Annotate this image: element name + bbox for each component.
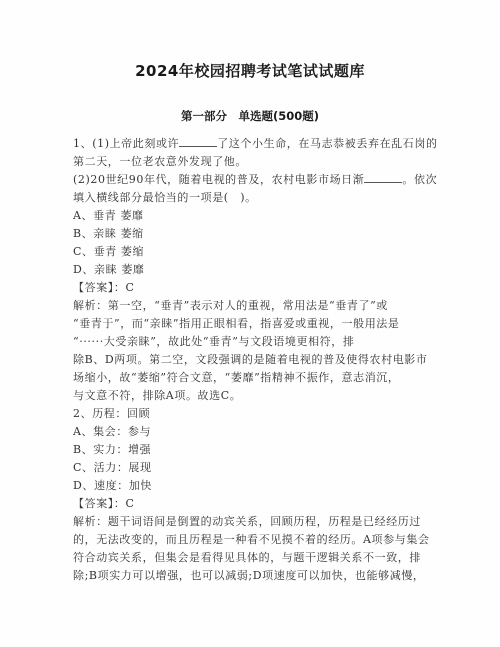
answer-label: 【答案】：C — [73, 279, 135, 297]
document-title: 2024年校园招聘考试笔试试题库 — [0, 60, 500, 81]
analysis-line: 的，无法改变的，而且历程是一种看不见摸不着的经历。A项参与集会 — [73, 531, 430, 549]
fill-blank — [364, 172, 402, 183]
fill-blank — [179, 136, 217, 147]
question-text: 1、(1)上帝此刻或许 — [73, 137, 179, 150]
analysis-line: “······大受亲睐”，故此处“垂青”与文段语境更相符，排 — [73, 333, 354, 351]
analysis-line: 解析：第一空，“垂青”表示对人的重视，常用法是“垂青了”或 — [73, 297, 388, 315]
question-1-line-1: 1、(1)上帝此刻或许了这个小生命，在马志恭被丢弃在乱石岗的 — [73, 135, 438, 153]
option-a: A、垂青 萎靡 — [73, 207, 144, 225]
section-heading: 第一部分 单选题(500题) — [0, 108, 500, 124]
analysis-line: “垂青于”，而“亲睐”指用正眼相看，指喜爱或重视，一般用法是 — [73, 315, 400, 333]
option-d: D、速度：加快 — [73, 477, 152, 495]
question-1-line-2: 第二天，一位老农意外发现了他。 — [73, 153, 247, 171]
analysis-line: 除B、D两项。第二空，文段强调的是随着电视的普及使得农村电影市 — [73, 351, 428, 369]
option-b: B、亲睐 萎缩 — [73, 225, 144, 243]
analysis-line: 解析：题干词语间是倒置的动宾关系，回顾历程，历程是已经经历过 — [73, 513, 421, 531]
document-page: 2024年校园招聘考试笔试试题库 第一部分 单选题(500题) 1、(1)上帝此… — [0, 0, 500, 647]
question-2-stem: 2、历程：回顾 — [73, 405, 150, 423]
option-d: D、亲睐 萎靡 — [73, 261, 145, 279]
question-text: (2)20世纪90年代，随着电视的普及，农村电影市场日渐 — [73, 173, 364, 186]
option-a: A、集会：参与 — [73, 423, 151, 441]
analysis-line: 与文意不符，排除A项。故选C。 — [73, 387, 241, 405]
option-c: C、活力：展现 — [73, 459, 152, 477]
question-1-line-3: (2)20世纪90年代，随着电视的普及，农村电影市场日渐。依次 — [73, 171, 437, 189]
option-c: C、垂青 萎缩 — [73, 243, 144, 261]
option-b: B、实力：增强 — [73, 441, 151, 459]
question-text: 了这个小生命，在马志恭被丢弃在乱石岗的 — [217, 137, 437, 150]
analysis-line: 场缩小，故“萎缩”符合文意，“萎靡”指精神不振作，意志消沉， — [73, 369, 400, 387]
question-text: 。依次 — [402, 173, 437, 186]
analysis-line: 除;B项实力可以增强，也可以减弱;D项速度可以加快，也能够减慢， — [73, 567, 425, 585]
analysis-line: 符合动宾关系，但集会是看得见具体的，与题干逻辑关系不一致，排 — [73, 549, 421, 567]
answer-label: 【答案】：C — [73, 495, 135, 513]
question-1-line-4: 填入横线部分最恰当的一项是( )。 — [73, 189, 257, 207]
